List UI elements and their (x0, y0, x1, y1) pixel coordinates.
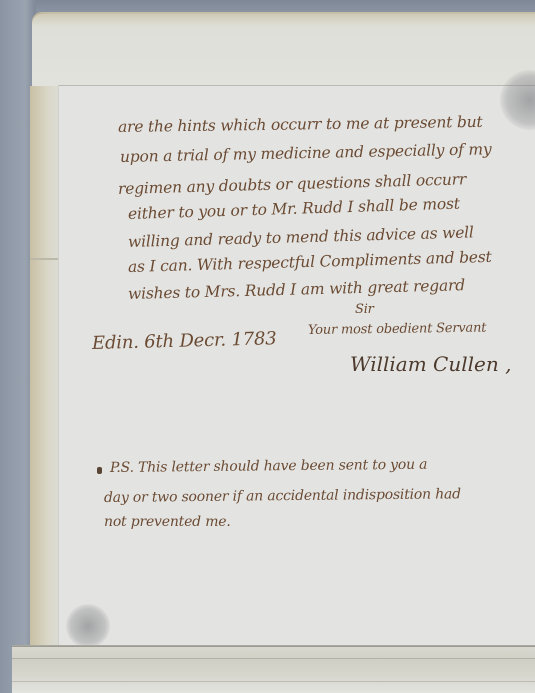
body-line: regimen any doubts or questions shall oc… (118, 170, 467, 198)
body-line: as I can. With respectful Compliments an… (128, 248, 492, 276)
letter-text: are the hints which occurr to me at pres… (0, 0, 535, 693)
postscript-line: day or two sooner if an accidental indis… (104, 486, 461, 506)
body-line: either to you or to Mr. Rudd I shall be … (128, 195, 460, 223)
body-line: wishes to Mrs. Rudd I am with great rega… (128, 276, 465, 303)
body-line: willing and ready to mend this advice as… (128, 223, 474, 251)
salutation-sir: Sir (355, 302, 374, 317)
body-line: are the hints which occurr to me at pres… (118, 113, 483, 136)
valediction: Your most obedient Servant (308, 321, 486, 338)
signature: William Cullen , (350, 352, 511, 376)
body-line: upon a trial of my medicine and especial… (120, 140, 492, 166)
dateline: Edin. 6th Decr. 1783 (92, 328, 277, 354)
ink-dot (97, 467, 102, 474)
postscript-line: P.S. This letter should have been sent t… (110, 457, 427, 476)
postscript-line: not prevented me. (104, 514, 231, 530)
